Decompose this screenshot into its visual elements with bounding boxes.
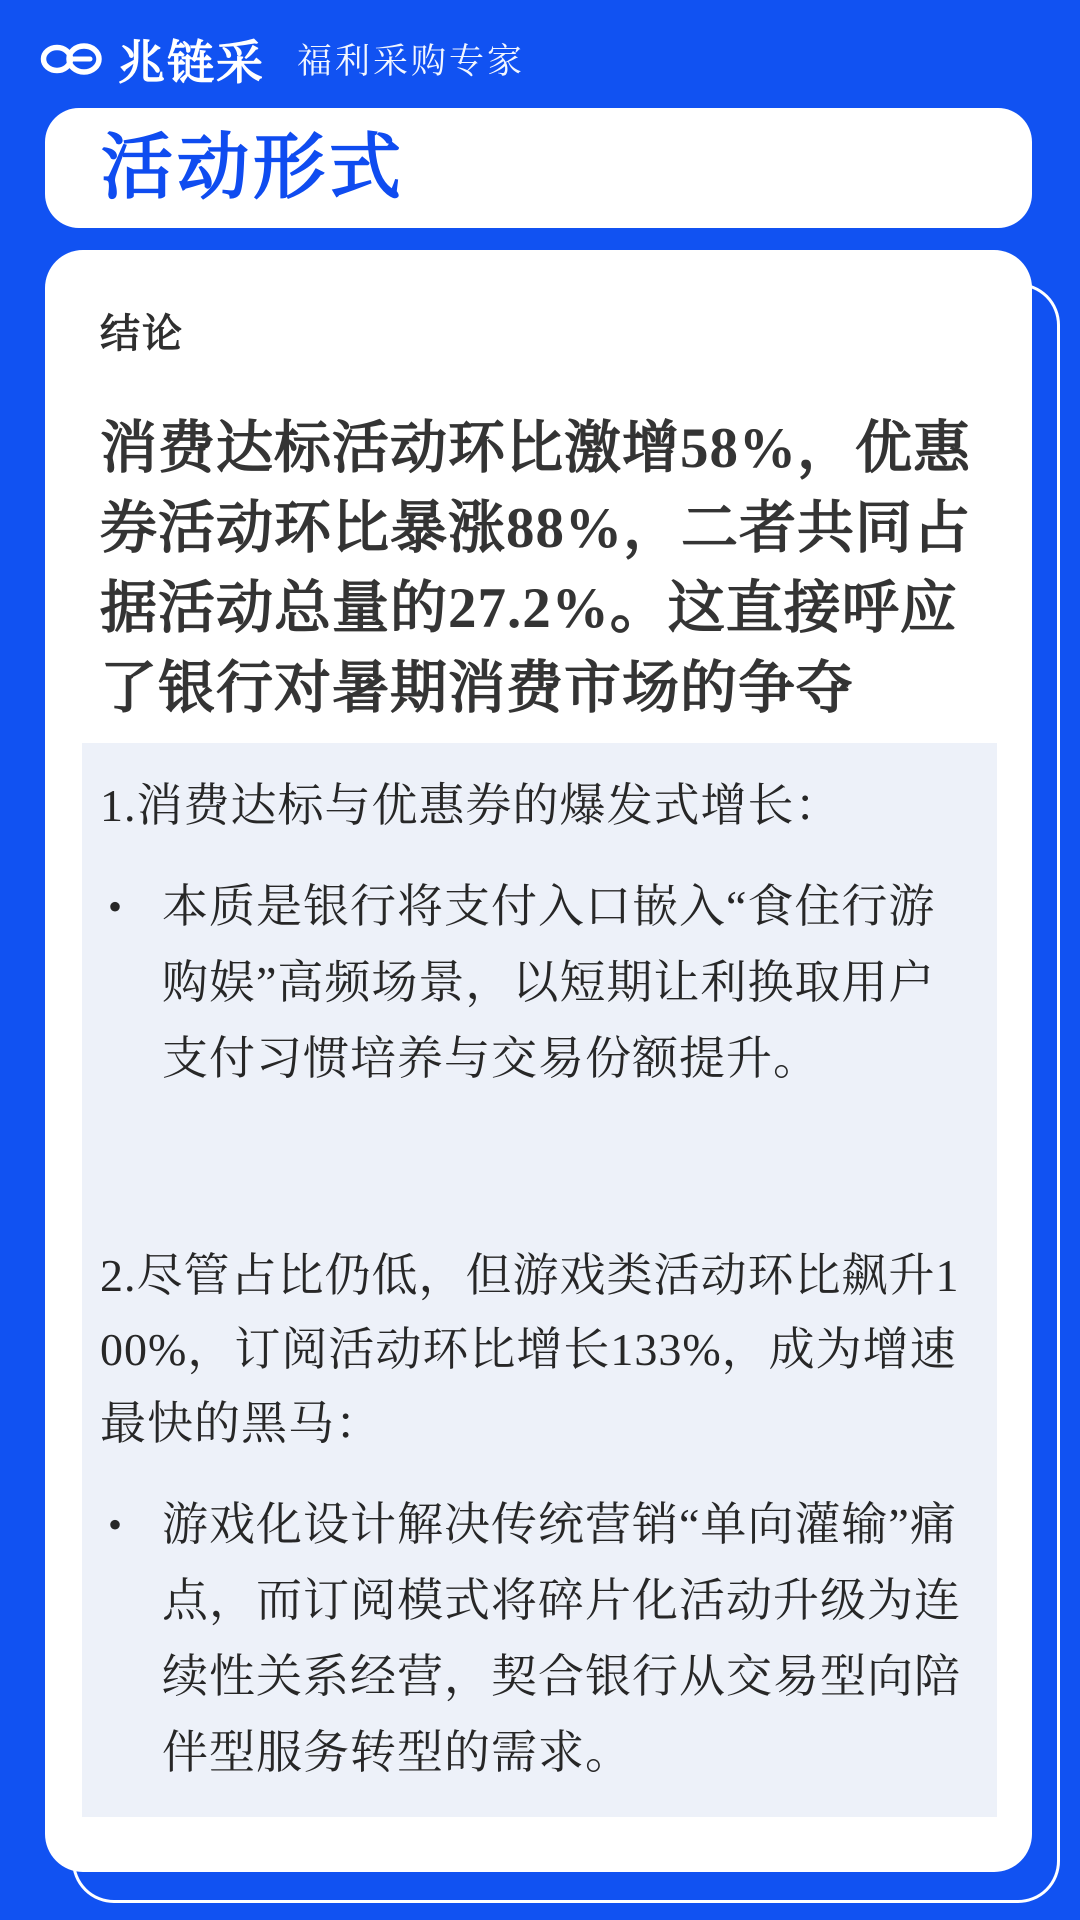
header: 兆链采 福利采购专家 [40, 28, 525, 90]
chain-link-icon [40, 36, 106, 82]
conclusion-headline: 消费达标活动环比激增58%，优惠券活动环比暴涨88%，二者共同占据活动总量的27… [100, 409, 990, 729]
section-1-bullet: • 本质是银行将支付入口嵌入“食住行游购娱”高频场景，以短期让利换取用户支付习惯… [100, 869, 963, 1097]
page-title: 活动形式 [101, 132, 405, 204]
detail-panel: 1.消费达标与优惠券的爆发式增长： • 本质是银行将支付入口嵌入“食住行游购娱”… [82, 743, 997, 1817]
kicker-label: 结论 [100, 302, 982, 359]
section-2-bullet: • 游戏化设计解决传统营销“单向灌输”痛点，而订阅模式将碎片化活动升级为连续性关… [100, 1487, 963, 1791]
section-2-heading: 2.尽管占比仍低，但游戏类活动环比飙升100%，订阅活动环比增长133%，成为增… [100, 1239, 963, 1461]
bullet-dot-icon: • [100, 869, 162, 1097]
section-1-bullet-text: 本质是银行将支付入口嵌入“食住行游购娱”高频场景，以短期让利换取用户支付习惯培养… [162, 869, 963, 1097]
title-card: 活动形式 [45, 108, 1032, 228]
conclusion-card: 结论 消费达标活动环比激增58%，优惠券活动环比暴涨88%，二者共同占据活动总量… [45, 250, 1032, 1872]
section-1-heading: 1.消费达标与优惠券的爆发式增长： [100, 769, 963, 843]
poster-page: { "brand": { "name": "兆链采", "tagline": "… [0, 0, 1080, 1920]
bullet-dot-icon: • [100, 1487, 162, 1791]
brand-tagline: 福利采购专家 [297, 34, 525, 84]
section-2-bullet-text: 游戏化设计解决传统营销“单向灌输”痛点，而订阅模式将碎片化活动升级为连续性关系经… [162, 1487, 963, 1791]
brand-name: 兆链采 [118, 26, 265, 93]
